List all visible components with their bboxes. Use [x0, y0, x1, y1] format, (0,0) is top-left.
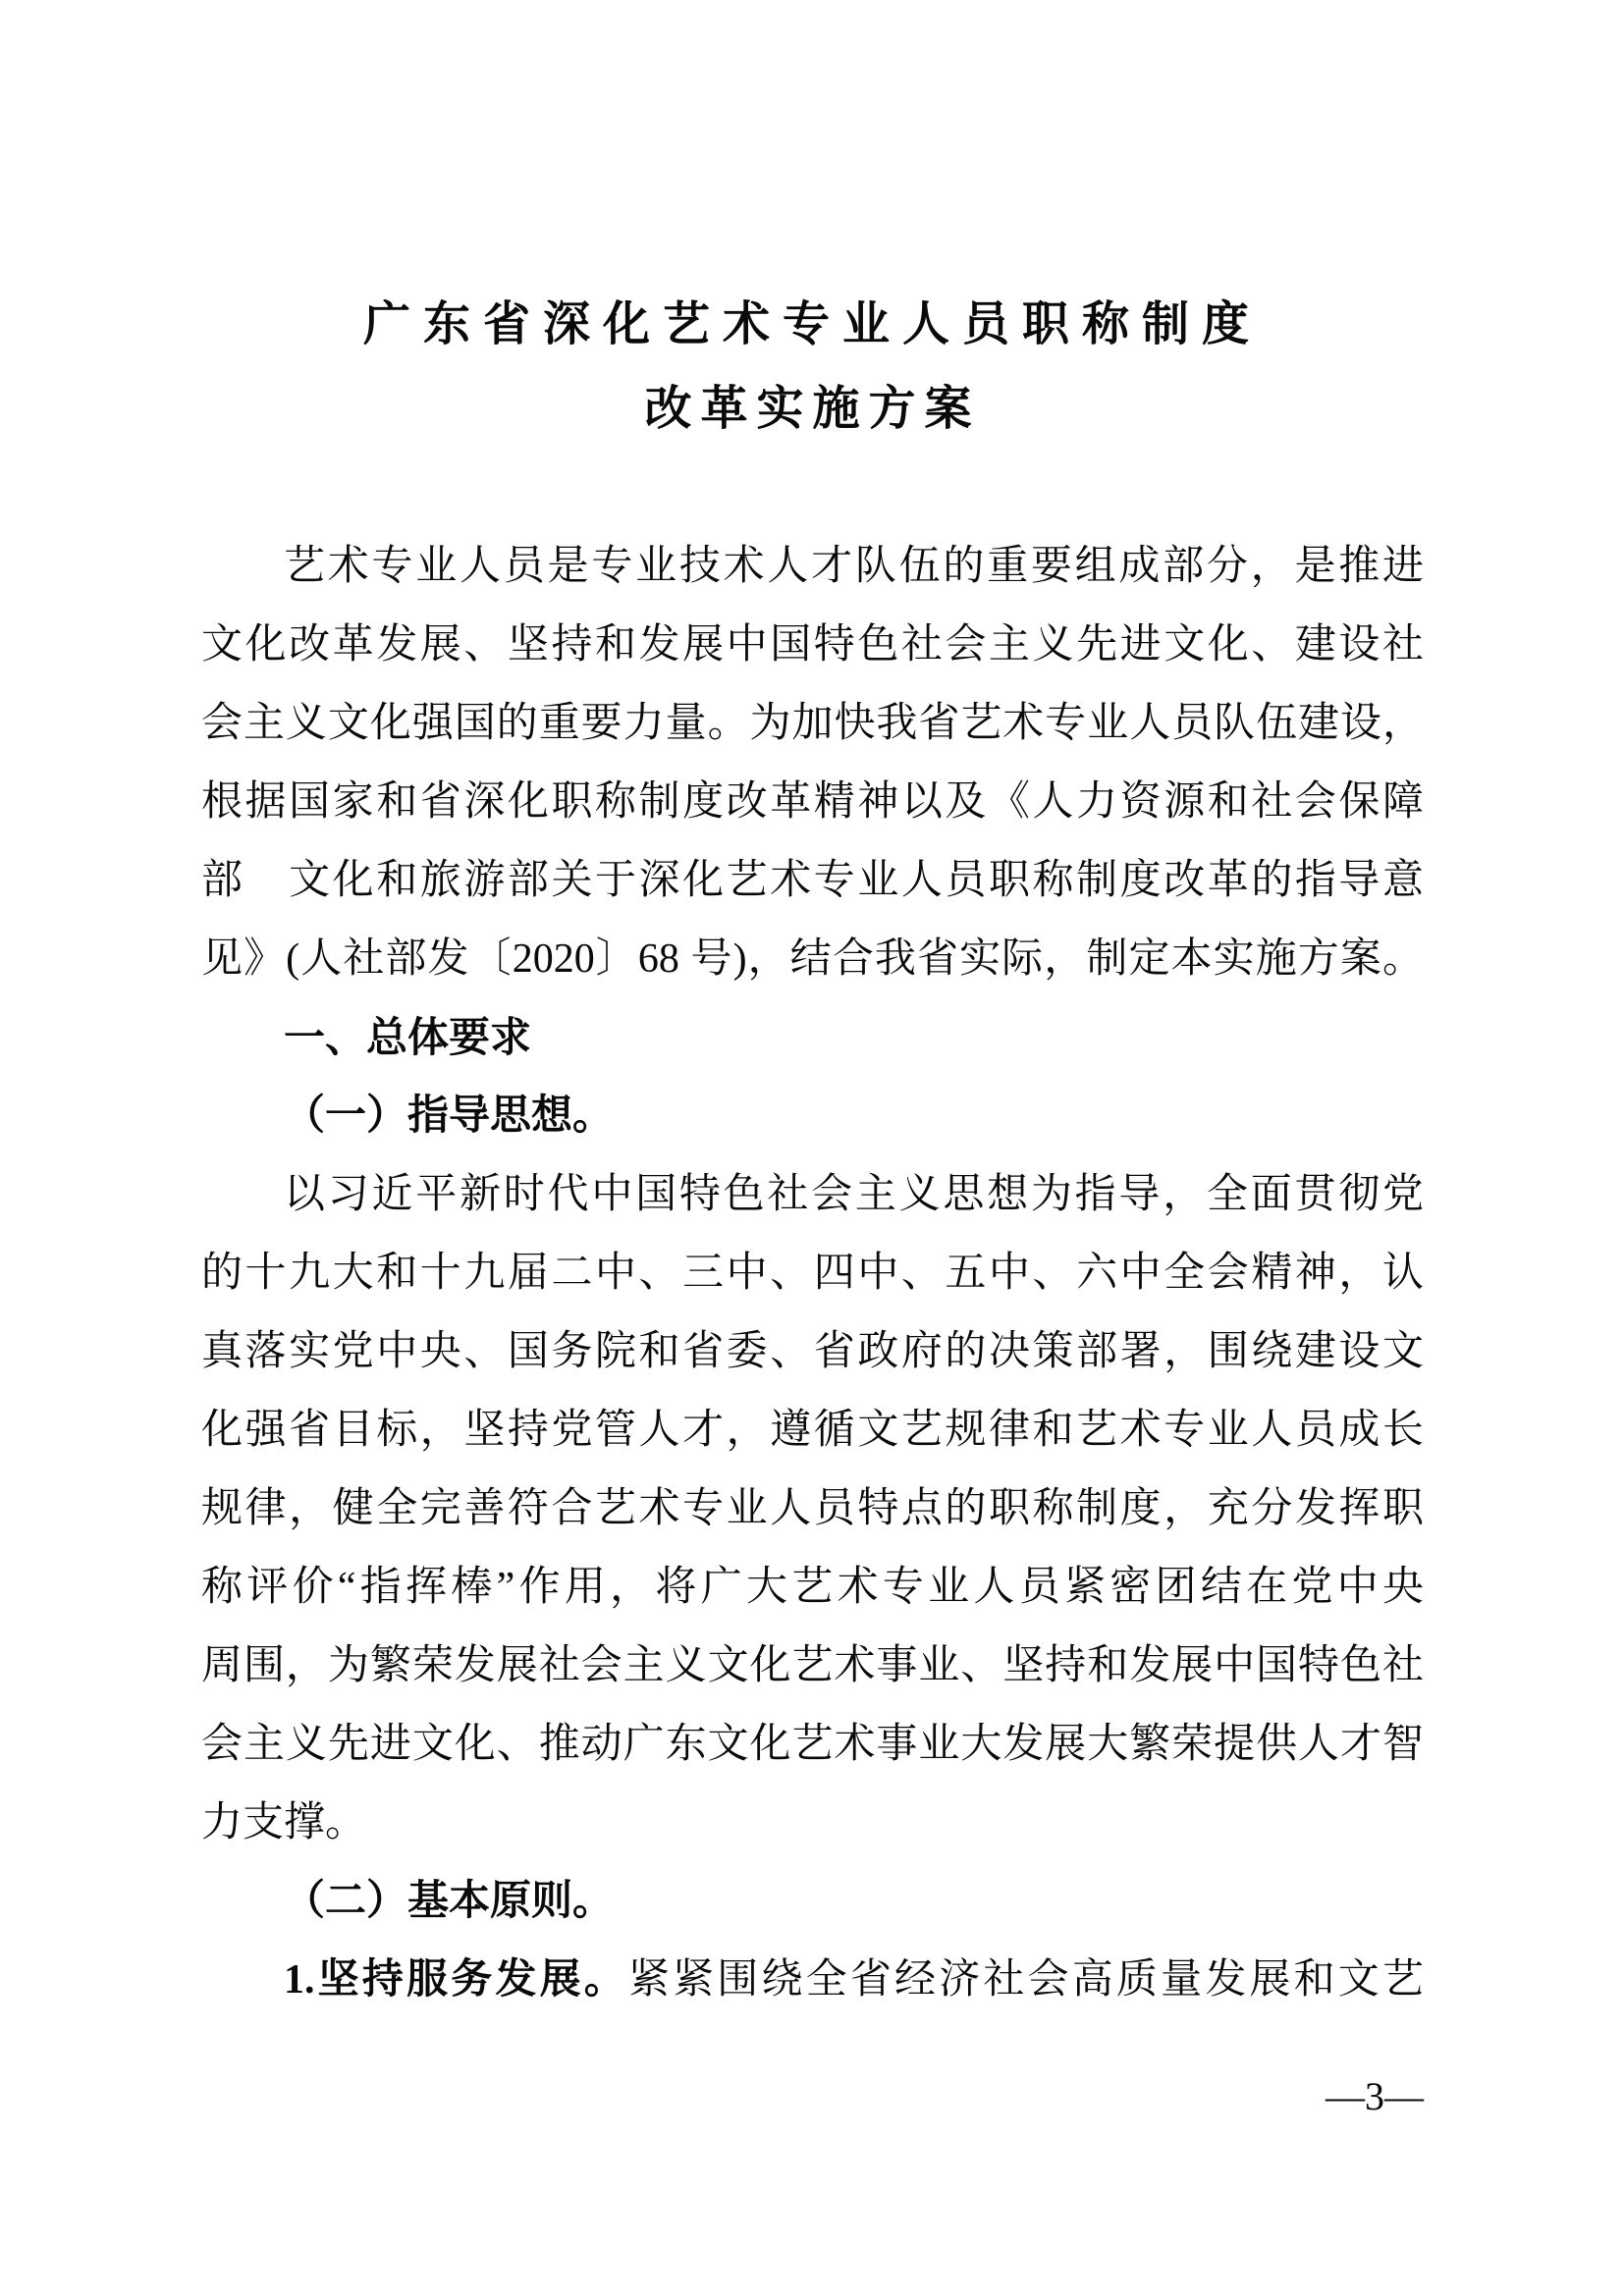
body-line: 力支撑。	[201, 1784, 1424, 1862]
text-run: 紧紧围绕全省经济社会高质量发展和文艺	[628, 1957, 1424, 2002]
text-run: 部 文化和旅游部关于深化艺术专业人员职称制度改革的指导意	[201, 858, 1424, 903]
text-run: 规律，健全完善符合艺术专业人员特点的职称制度，充分发挥职	[201, 1486, 1424, 1531]
text-run: 的十九大和十九届二中、三中、四中、五中、六中全会精神，认	[201, 1251, 1424, 1296]
body-line: 化强省目标，坚持党管人才，遵循文艺规律和艺术专业人员成长	[201, 1391, 1424, 1469]
text-run: 一、总体要求	[284, 1014, 531, 1060]
body-line: 见》(人社部发〔2020〕68 号)，结合我省实际，制定本实施方案。	[201, 920, 1424, 998]
document-body: 艺术专业人员是专业技术人才队伍的重要组成部分，是推进文化改革发展、坚持和发展中国…	[201, 527, 1424, 2019]
body-line: 根据国家和省深化职称制度改革精神以及《人力资源和社会保障	[201, 763, 1424, 841]
text-run: 根据国家和省深化职称制度改革精神以及《人力资源和社会保障	[201, 779, 1424, 825]
document-page: 广东省深化艺术专业人员职称制度 改革实施方案 艺术专业人员是专业技术人才队伍的重…	[0, 0, 1623, 2296]
body-line: 以习近平新时代中国特色社会主义思想为指导，全面贯彻党	[201, 1155, 1424, 1234]
text-run: 1.坚持服务发展。	[284, 1957, 628, 2002]
text-run: 周围，为繁荣发展社会主义文化艺术事业、坚持和发展中国特色社	[201, 1643, 1424, 1688]
body-line: 艺术专业人员是专业技术人才队伍的重要组成部分，是推进	[201, 527, 1424, 606]
text-run: 真落实党中央、国务院和省委、省政府的决策部署，围绕建设文	[201, 1329, 1424, 1374]
body-line: 真落实党中央、国务院和省委、省政府的决策部署，围绕建设文	[201, 1312, 1424, 1391]
text-run: 会主义先进文化、推动广东文化艺术事业大发展大繁荣提供人才智	[201, 1722, 1424, 1767]
body-line: 称评价“指挥棒”作用，将广大艺术专业人员紧密团结在党中央	[201, 1548, 1424, 1627]
body-line: 会主义文化强国的重要力量。为加快我省艺术专业人员队伍建设，	[201, 684, 1424, 763]
text-run: 艺术专业人员是专业技术人才队伍的重要组成部分，是推进	[284, 544, 1424, 589]
body-line: 规律，健全完善符合艺术专业人员特点的职称制度，充分发挥职	[201, 1469, 1424, 1548]
body-line: 会主义先进文化、推动广东文化艺术事业大发展大繁荣提供人才智	[201, 1705, 1424, 1784]
body-line: 1.坚持服务发展。紧紧围绕全省经济社会高质量发展和文艺	[201, 1941, 1424, 2019]
heading-line: （二）基本原则。	[201, 1862, 1424, 1941]
text-run: 见》(人社部发〔2020〕68 号)，结合我省实际，制定本实施方案。	[201, 936, 1424, 982]
text-run: 以习近平新时代中国特色社会主义思想为指导，全面贯彻党	[284, 1172, 1424, 1217]
text-run: （二）基本原则。	[284, 1879, 614, 1924]
heading-line: （一）指导思想。	[201, 1077, 1424, 1155]
text-run: （一）指导思想。	[284, 1094, 614, 1139]
body-line: 的十九大和十九届二中、三中、四中、五中、六中全会精神，认	[201, 1234, 1424, 1312]
title-line-2: 改革实施方案	[201, 367, 1424, 452]
body-line: 部 文化和旅游部关于深化艺术专业人员职称制度改革的指导意	[201, 841, 1424, 920]
text-run: 力支撑。	[201, 1800, 366, 1845]
title-line-1: 广东省深化艺术专业人员职称制度	[201, 283, 1424, 367]
page-number: —3—	[201, 2073, 1424, 2120]
text-run: 化强省目标，坚持党管人才，遵循文艺规律和艺术专业人员成长	[201, 1408, 1424, 1453]
text-run: 称评价“指挥棒”作用，将广大艺术专业人员紧密团结在党中央	[201, 1565, 1424, 1610]
heading-line: 一、总体要求	[201, 998, 1424, 1077]
body-line: 文化改革发展、坚持和发展中国特色社会主义先进文化、建设社	[201, 606, 1424, 684]
document-title: 广东省深化艺术专业人员职称制度 改革实施方案	[201, 283, 1424, 452]
body-line: 周围，为繁荣发展社会主义文化艺术事业、坚持和发展中国特色社	[201, 1627, 1424, 1705]
text-run: 文化改革发展、坚持和发展中国特色社会主义先进文化、建设社	[201, 622, 1424, 667]
text-run: 会主义文化强国的重要力量。为加快我省艺术专业人员队伍建设，	[201, 701, 1424, 746]
